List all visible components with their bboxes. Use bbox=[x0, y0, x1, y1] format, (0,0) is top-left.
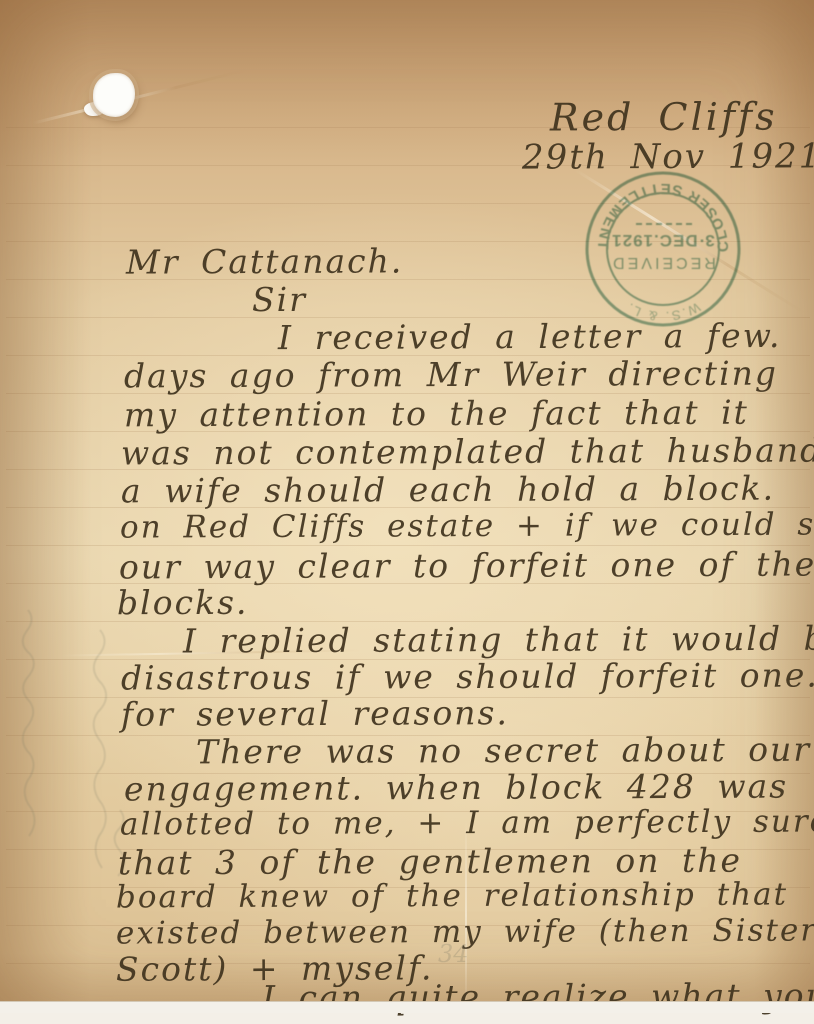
handwritten-line: disastrous if we should forfeit one. bbox=[121, 655, 814, 697]
letter-page: W.S. & L. CLOSER SETTLEMENT RECEIVED 3·D… bbox=[0, 0, 814, 1013]
handwritten-line: was not contemplated that husband bbox=[121, 430, 814, 472]
handwritten-line: on Red Cliffs estate + if we could see bbox=[120, 506, 814, 545]
received-stamp: W.S. & L. CLOSER SETTLEMENT RECEIVED 3·D… bbox=[582, 168, 744, 330]
scanner-background-strip bbox=[0, 1001, 814, 1013]
pencil-number: 34 bbox=[438, 940, 469, 968]
handwritten-line: a wife should each hold a block. bbox=[121, 469, 775, 511]
handwritten-line: for several reasons. bbox=[121, 693, 509, 734]
letter-salutation: Sir bbox=[252, 280, 307, 319]
letter-recipient: Mr Cattanach. bbox=[126, 241, 403, 281]
letter-place: Red Cliffs bbox=[550, 95, 778, 140]
handwritten-line: There was no secret about our bbox=[196, 730, 811, 772]
punched-hole bbox=[93, 73, 135, 117]
stamp-received-text: RECEIVED bbox=[610, 254, 716, 271]
handwritten-line: that 3 of the gentlemen on the bbox=[118, 841, 742, 883]
handwritten-line: days ago from Mr Weir directing bbox=[124, 354, 778, 396]
handwritten-line: my attention to the fact that it bbox=[124, 393, 749, 435]
handwritten-line: board knew of the relationship that bbox=[116, 877, 788, 916]
handwritten-line: I received a letter a few. bbox=[278, 316, 782, 357]
handwritten-line: blocks. bbox=[117, 583, 249, 623]
handwritten-line: I replied stating that it would be bbox=[183, 619, 814, 661]
stamp-date-text: 3·DEC.1921 bbox=[611, 231, 715, 250]
handwritten-line: our way clear to forfeit one of the bbox=[119, 544, 814, 586]
letter-date: 29th Nov 1921 bbox=[522, 136, 814, 177]
handwritten-line: engagement. when block 428 was bbox=[124, 767, 788, 809]
handwritten-line: allotted to me, + I am perfectly sure. bbox=[120, 803, 814, 842]
